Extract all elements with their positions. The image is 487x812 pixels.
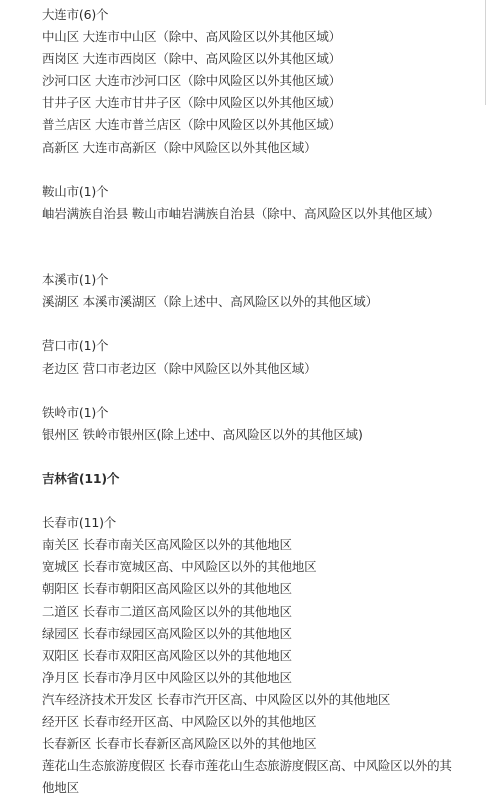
city-header-dalian: 大连市(6)个 bbox=[42, 4, 472, 26]
city-header-yingkou: 营口市(1)个 bbox=[42, 335, 472, 357]
spacer bbox=[42, 225, 472, 247]
list-item: 高新区 大连市高新区（除中风险区以外其他区域） bbox=[42, 137, 472, 159]
list-item: 双阳区 长春市双阳区高风险区以外的其他地区 bbox=[42, 645, 472, 667]
list-item: 中山区 大连市中山区（除中、高风险区以外其他区域） bbox=[42, 26, 472, 48]
list-item: 长春新区 长春市长春新区高风险区以外的其他地区 bbox=[42, 733, 472, 755]
list-item: 普兰店区 大连市普兰店区（除中风险区以外其他区域） bbox=[42, 114, 472, 136]
list-item: 宽城区 长春市宽城区高、中风险区以外的其他地区 bbox=[42, 556, 472, 578]
city-header-tieling: 铁岭市(1)个 bbox=[42, 402, 472, 424]
list-item: 溪湖区 本溪市溪湖区（除上述中、高风险区以外的其他区域） bbox=[42, 291, 472, 313]
list-item-continuation: 他地区 bbox=[42, 777, 472, 799]
list-item: 经开区 长春市经开区高、中风险区以外的其他地区 bbox=[42, 711, 472, 733]
list-item: 老边区 营口市老边区（除中风险区以外其他区域） bbox=[42, 358, 472, 380]
list-item: 净月区 长春市净月区中风险区以外的其他地区 bbox=[42, 667, 472, 689]
city-header-anshan: 鞍山市(1)个 bbox=[42, 181, 472, 203]
city-header-changchun: 长春市(11)个 bbox=[42, 512, 472, 534]
list-item: 汽车经济技术开发区 长春市汽开区高、中风险区以外的其他地区 bbox=[42, 689, 472, 711]
list-item: 银州区 铁岭市银州区(除上述中、高风险区以外的其他区域) bbox=[42, 424, 472, 446]
list-item: 西岗区 大连市西岗区（除中、高风险区以外其他区域） bbox=[42, 48, 472, 70]
list-item: 甘井子区 大连市甘井子区（除中风险区以外其他区域） bbox=[42, 92, 472, 114]
spacer bbox=[42, 247, 472, 269]
list-item: 莲花山生态旅游度假区 长春市莲花山生态旅游度假区高、中风险区以外的其 bbox=[42, 755, 472, 777]
list-item: 南关区 长春市南关区高风险区以外的其他地区 bbox=[42, 534, 472, 556]
list-item: 绿园区 长春市绿园区高风险区以外的其他地区 bbox=[42, 623, 472, 645]
page-edge-divider bbox=[485, 0, 486, 105]
province-header-jilin: 吉林省(11)个 bbox=[42, 468, 472, 490]
list-item: 朝阳区 长春市朝阳区高风险区以外的其他地区 bbox=[42, 578, 472, 600]
list-item: 沙河口区 大连市沙河口区（除中风险区以外其他区域） bbox=[42, 70, 472, 92]
list-item: 岫岩满族自治县 鞍山市岫岩满族自治县（除中、高风险区以外其他区域） bbox=[42, 203, 472, 225]
spacer bbox=[42, 446, 472, 468]
city-header-benxi: 本溪市(1)个 bbox=[42, 269, 472, 291]
list-item: 二道区 长春市二道区高风险区以外的其他地区 bbox=[42, 601, 472, 623]
document-body: 大连市(6)个 中山区 大连市中山区（除中、高风险区以外其他区域） 西岗区 大连… bbox=[42, 4, 472, 799]
spacer bbox=[42, 313, 472, 335]
spacer bbox=[42, 380, 472, 402]
spacer bbox=[42, 159, 472, 181]
spacer bbox=[42, 490, 472, 512]
